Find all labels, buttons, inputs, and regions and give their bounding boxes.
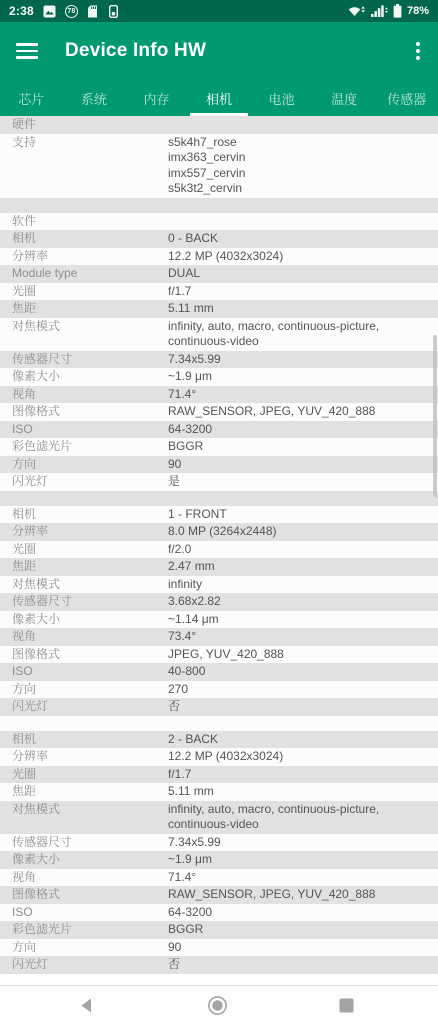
row-label: 软件 — [0, 214, 168, 230]
tab-label: 传感器 — [387, 89, 426, 108]
row-value: RAW_SENSOR, JPEG, YUV_420_888 — [168, 887, 438, 903]
row-label: 支持 — [0, 135, 168, 151]
row-value: RAW_SENSOR, JPEG, YUV_420_888 — [168, 404, 438, 420]
tab-battery[interactable]: 电池 — [250, 80, 313, 116]
row-label: 相机 — [0, 507, 168, 523]
row-value: f/1.7 — [168, 284, 438, 300]
app-bar: Device Info HW — [0, 22, 438, 80]
row-value: 90 — [168, 940, 438, 956]
table-row: 视角71.4° — [0, 386, 438, 404]
table-row: 传感器尺寸7.34x5.99 — [0, 834, 438, 852]
row-value: 0 - BACK — [168, 231, 438, 247]
row-label: 像素大小 — [0, 369, 168, 385]
row-label: 传感器尺寸 — [0, 352, 168, 368]
table-row: 图像格式JPEG, YUV_420_888 — [0, 646, 438, 664]
table-row: ISO64-3200 — [0, 904, 438, 922]
row-label: 分辨率 — [0, 249, 168, 265]
row-label: 图像格式 — [0, 887, 168, 903]
row-value: 1 - FRONT — [168, 507, 438, 523]
row-value: 71.4° — [168, 870, 438, 886]
row-value: 3.68x2.82 — [168, 594, 438, 610]
row-label: 光圈 — [0, 767, 168, 783]
row-value: infinity, auto, macro, continuous-pictur… — [168, 319, 438, 350]
row-label: 相机 — [0, 732, 168, 748]
row-label: 焦距 — [0, 301, 168, 317]
table-row: 光圈f/1.7 — [0, 766, 438, 784]
camera-info-list: 硬件支持s5k4h7_rose imx363_cervin imx557_cer… — [0, 116, 438, 985]
tab-label: 芯片 — [18, 89, 44, 108]
row-label: 硬件 — [0, 117, 168, 133]
tab-temperature[interactable]: 温度 — [313, 80, 376, 116]
row-label: 视角 — [0, 387, 168, 403]
row-label: 传感器尺寸 — [0, 594, 168, 610]
row-label: 视角 — [0, 629, 168, 645]
row-label: 闪光灯 — [0, 957, 168, 973]
table-row: 视角73.4° — [0, 628, 438, 646]
row-value: JPEG, YUV_420_888 — [168, 647, 438, 663]
table-row: 像素大小~1.14 μm — [0, 611, 438, 629]
row-value: 73.4° — [168, 629, 438, 645]
row-value: 64-3200 — [168, 905, 438, 921]
row-label: 彩色滤光片 — [0, 922, 168, 938]
table-row: 支持s5k4h7_rose imx363_cervin imx557_cervi… — [0, 134, 438, 198]
row-value: f/1.7 — [168, 767, 438, 783]
tab-label: 内存 — [143, 89, 169, 108]
section-header-row: 硬件 — [0, 116, 438, 134]
row-value: infinity, auto, macro, continuous-pictur… — [168, 802, 438, 833]
row-value: f/2.0 — [168, 542, 438, 558]
table-row: 闪光灯是 — [0, 473, 438, 491]
row-label: 光圈 — [0, 542, 168, 558]
home-icon[interactable] — [207, 995, 228, 1016]
row-label: 传感器尺寸 — [0, 835, 168, 851]
row-label: 方向 — [0, 682, 168, 698]
screenshot-icon — [43, 5, 56, 18]
row-value: ~1.14 μm — [168, 612, 438, 628]
row-label: ISO — [0, 905, 168, 921]
row-value: 90 — [168, 457, 438, 473]
row-label: 对焦模式 — [0, 802, 168, 818]
row-label: 视角 — [0, 870, 168, 886]
wifi-icon — [348, 5, 366, 17]
row-label: 相机 — [0, 231, 168, 247]
row-value: 8.0 MP (3264x2448) — [168, 524, 438, 540]
row-label: ISO — [0, 664, 168, 680]
row-value: DUAL — [168, 266, 438, 282]
table-row: 视角71.4° — [0, 869, 438, 887]
status-bar-right: 78% — [348, 4, 429, 18]
battery-percent: 78% — [407, 5, 429, 17]
row-label: 方向 — [0, 457, 168, 473]
row-label: Module type — [0, 266, 168, 282]
row-value: 5.11 mm — [168, 784, 438, 800]
device-port-icon — [107, 5, 120, 18]
table-row: 焦距5.11 mm — [0, 783, 438, 801]
table-row: 对焦模式infinity, auto, macro, continuous-pi… — [0, 318, 438, 351]
tab-memory[interactable]: 内存 — [125, 80, 188, 116]
row-value: 是 — [168, 474, 438, 490]
row-value: 2 - BACK — [168, 732, 438, 748]
table-row: 闪光灯否 — [0, 956, 438, 974]
table-row: 相机0 - BACK — [0, 230, 438, 248]
row-value: ~1.9 μm — [168, 852, 438, 868]
sd-card-icon — [87, 5, 98, 18]
spacer-row — [0, 198, 438, 213]
row-label: 光圈 — [0, 284, 168, 300]
row-value: s5k4h7_rose imx363_cervin imx557_cervin … — [168, 135, 438, 197]
row-label: 对焦模式 — [0, 577, 168, 593]
row-label: 分辨率 — [0, 749, 168, 765]
tab-label: 温度 — [331, 89, 357, 108]
table-row: 分辨率8.0 MP (3264x2448) — [0, 523, 438, 541]
table-row: 焦距2.47 mm — [0, 558, 438, 576]
table-row: 分辨率12.2 MP (4032x3024) — [0, 748, 438, 766]
tab-system[interactable]: 系统 — [63, 80, 126, 116]
tab-bar: 芯片系统内存相机电池温度传感器 — [0, 80, 438, 116]
tab-sensors[interactable]: 传感器 — [375, 80, 438, 116]
table-row: 对焦模式infinity — [0, 576, 438, 594]
table-row: 彩色滤光片BGGR — [0, 438, 438, 456]
table-row: ISO64-3200 — [0, 421, 438, 439]
row-value: BGGR — [168, 439, 438, 455]
table-row: 像素大小~1.9 μm — [0, 368, 438, 386]
row-label: 分辨率 — [0, 524, 168, 540]
row-value: 5.11 mm — [168, 301, 438, 317]
row-label: ISO — [0, 422, 168, 438]
table-row: 焦距5.11 mm — [0, 300, 438, 318]
row-value: 12.2 MP (4032x3024) — [168, 749, 438, 765]
tab-chip[interactable]: 芯片 — [0, 80, 63, 116]
tab-camera[interactable]: 相机 — [188, 80, 251, 116]
row-value: BGGR — [168, 922, 438, 938]
row-value: 否 — [168, 699, 438, 715]
table-row: 光圈f/2.0 — [0, 541, 438, 559]
battery-icon — [393, 4, 402, 18]
status-time: 2:38 — [9, 4, 34, 18]
table-row: 对焦模式infinity, auto, macro, continuous-pi… — [0, 801, 438, 834]
table-row: 方向270 — [0, 681, 438, 699]
row-value: 7.34x5.99 — [168, 352, 438, 368]
status-bar-left: 2:38 78 — [9, 4, 120, 18]
row-value: ~1.9 μm — [168, 369, 438, 385]
spacer-row — [0, 491, 438, 506]
row-value: 7.34x5.99 — [168, 835, 438, 851]
circle-78-icon: 78 — [65, 5, 78, 18]
table-row: 相机2 - BACK — [0, 731, 438, 749]
row-label: 彩色滤光片 — [0, 439, 168, 455]
row-label: 焦距 — [0, 784, 168, 800]
row-label: 像素大小 — [0, 612, 168, 628]
table-row: 传感器尺寸7.34x5.99 — [0, 351, 438, 369]
table-row: 方向90 — [0, 939, 438, 957]
table-row: 传感器尺寸3.68x2.82 — [0, 593, 438, 611]
row-label: 对焦模式 — [0, 319, 168, 335]
row-label: 焦距 — [0, 559, 168, 575]
row-label: 闪光灯 — [0, 699, 168, 715]
section-header-row: 软件 — [0, 213, 438, 231]
page-title: Device Info HW — [65, 40, 206, 62]
signal-icon — [371, 5, 388, 17]
table-row: 图像格式RAW_SENSOR, JPEG, YUV_420_888 — [0, 886, 438, 904]
table-row: ISO40-800 — [0, 663, 438, 681]
table-row: 像素大小~1.9 μm — [0, 851, 438, 869]
circle-78-value: 78 — [67, 8, 75, 15]
status-bar: 2:38 78 — [0, 0, 438, 22]
table-row: 闪光灯否 — [0, 698, 438, 716]
row-value: infinity — [168, 577, 438, 593]
row-label: 像素大小 — [0, 852, 168, 868]
back-icon[interactable] — [78, 997, 95, 1014]
tab-label: 系统 — [81, 89, 107, 108]
overflow-menu-icon[interactable] — [412, 38, 424, 64]
tab-label: 相机 — [206, 89, 232, 108]
navigation-bar — [0, 985, 438, 1024]
row-value: 12.2 MP (4032x3024) — [168, 249, 438, 265]
row-value: 64-3200 — [168, 422, 438, 438]
tab-label: 电池 — [269, 89, 295, 108]
hamburger-icon[interactable] — [16, 43, 38, 59]
row-value: 270 — [168, 682, 438, 698]
row-value: 71.4° — [168, 387, 438, 403]
table-row: 分辨率12.2 MP (4032x3024) — [0, 248, 438, 266]
table-row: 彩色滤光片BGGR — [0, 921, 438, 939]
row-label: 闪光灯 — [0, 474, 168, 490]
scrollbar-thumb[interactable] — [433, 335, 437, 497]
spacer-row — [0, 716, 438, 731]
row-value: 2.47 mm — [168, 559, 438, 575]
table-row: 方向90 — [0, 456, 438, 474]
table-row: Module typeDUAL — [0, 265, 438, 283]
recents-icon[interactable] — [339, 998, 354, 1013]
row-value: 否 — [168, 957, 438, 973]
row-label: 图像格式 — [0, 404, 168, 420]
row-label: 图像格式 — [0, 647, 168, 663]
row-label: 方向 — [0, 940, 168, 956]
row-value: 40-800 — [168, 664, 438, 680]
device-info-hw-app: 2:38 78 — [0, 0, 438, 1024]
table-row: 光圈f/1.7 — [0, 283, 438, 301]
table-row: 相机1 - FRONT — [0, 506, 438, 524]
table-row: 图像格式RAW_SENSOR, JPEG, YUV_420_888 — [0, 403, 438, 421]
